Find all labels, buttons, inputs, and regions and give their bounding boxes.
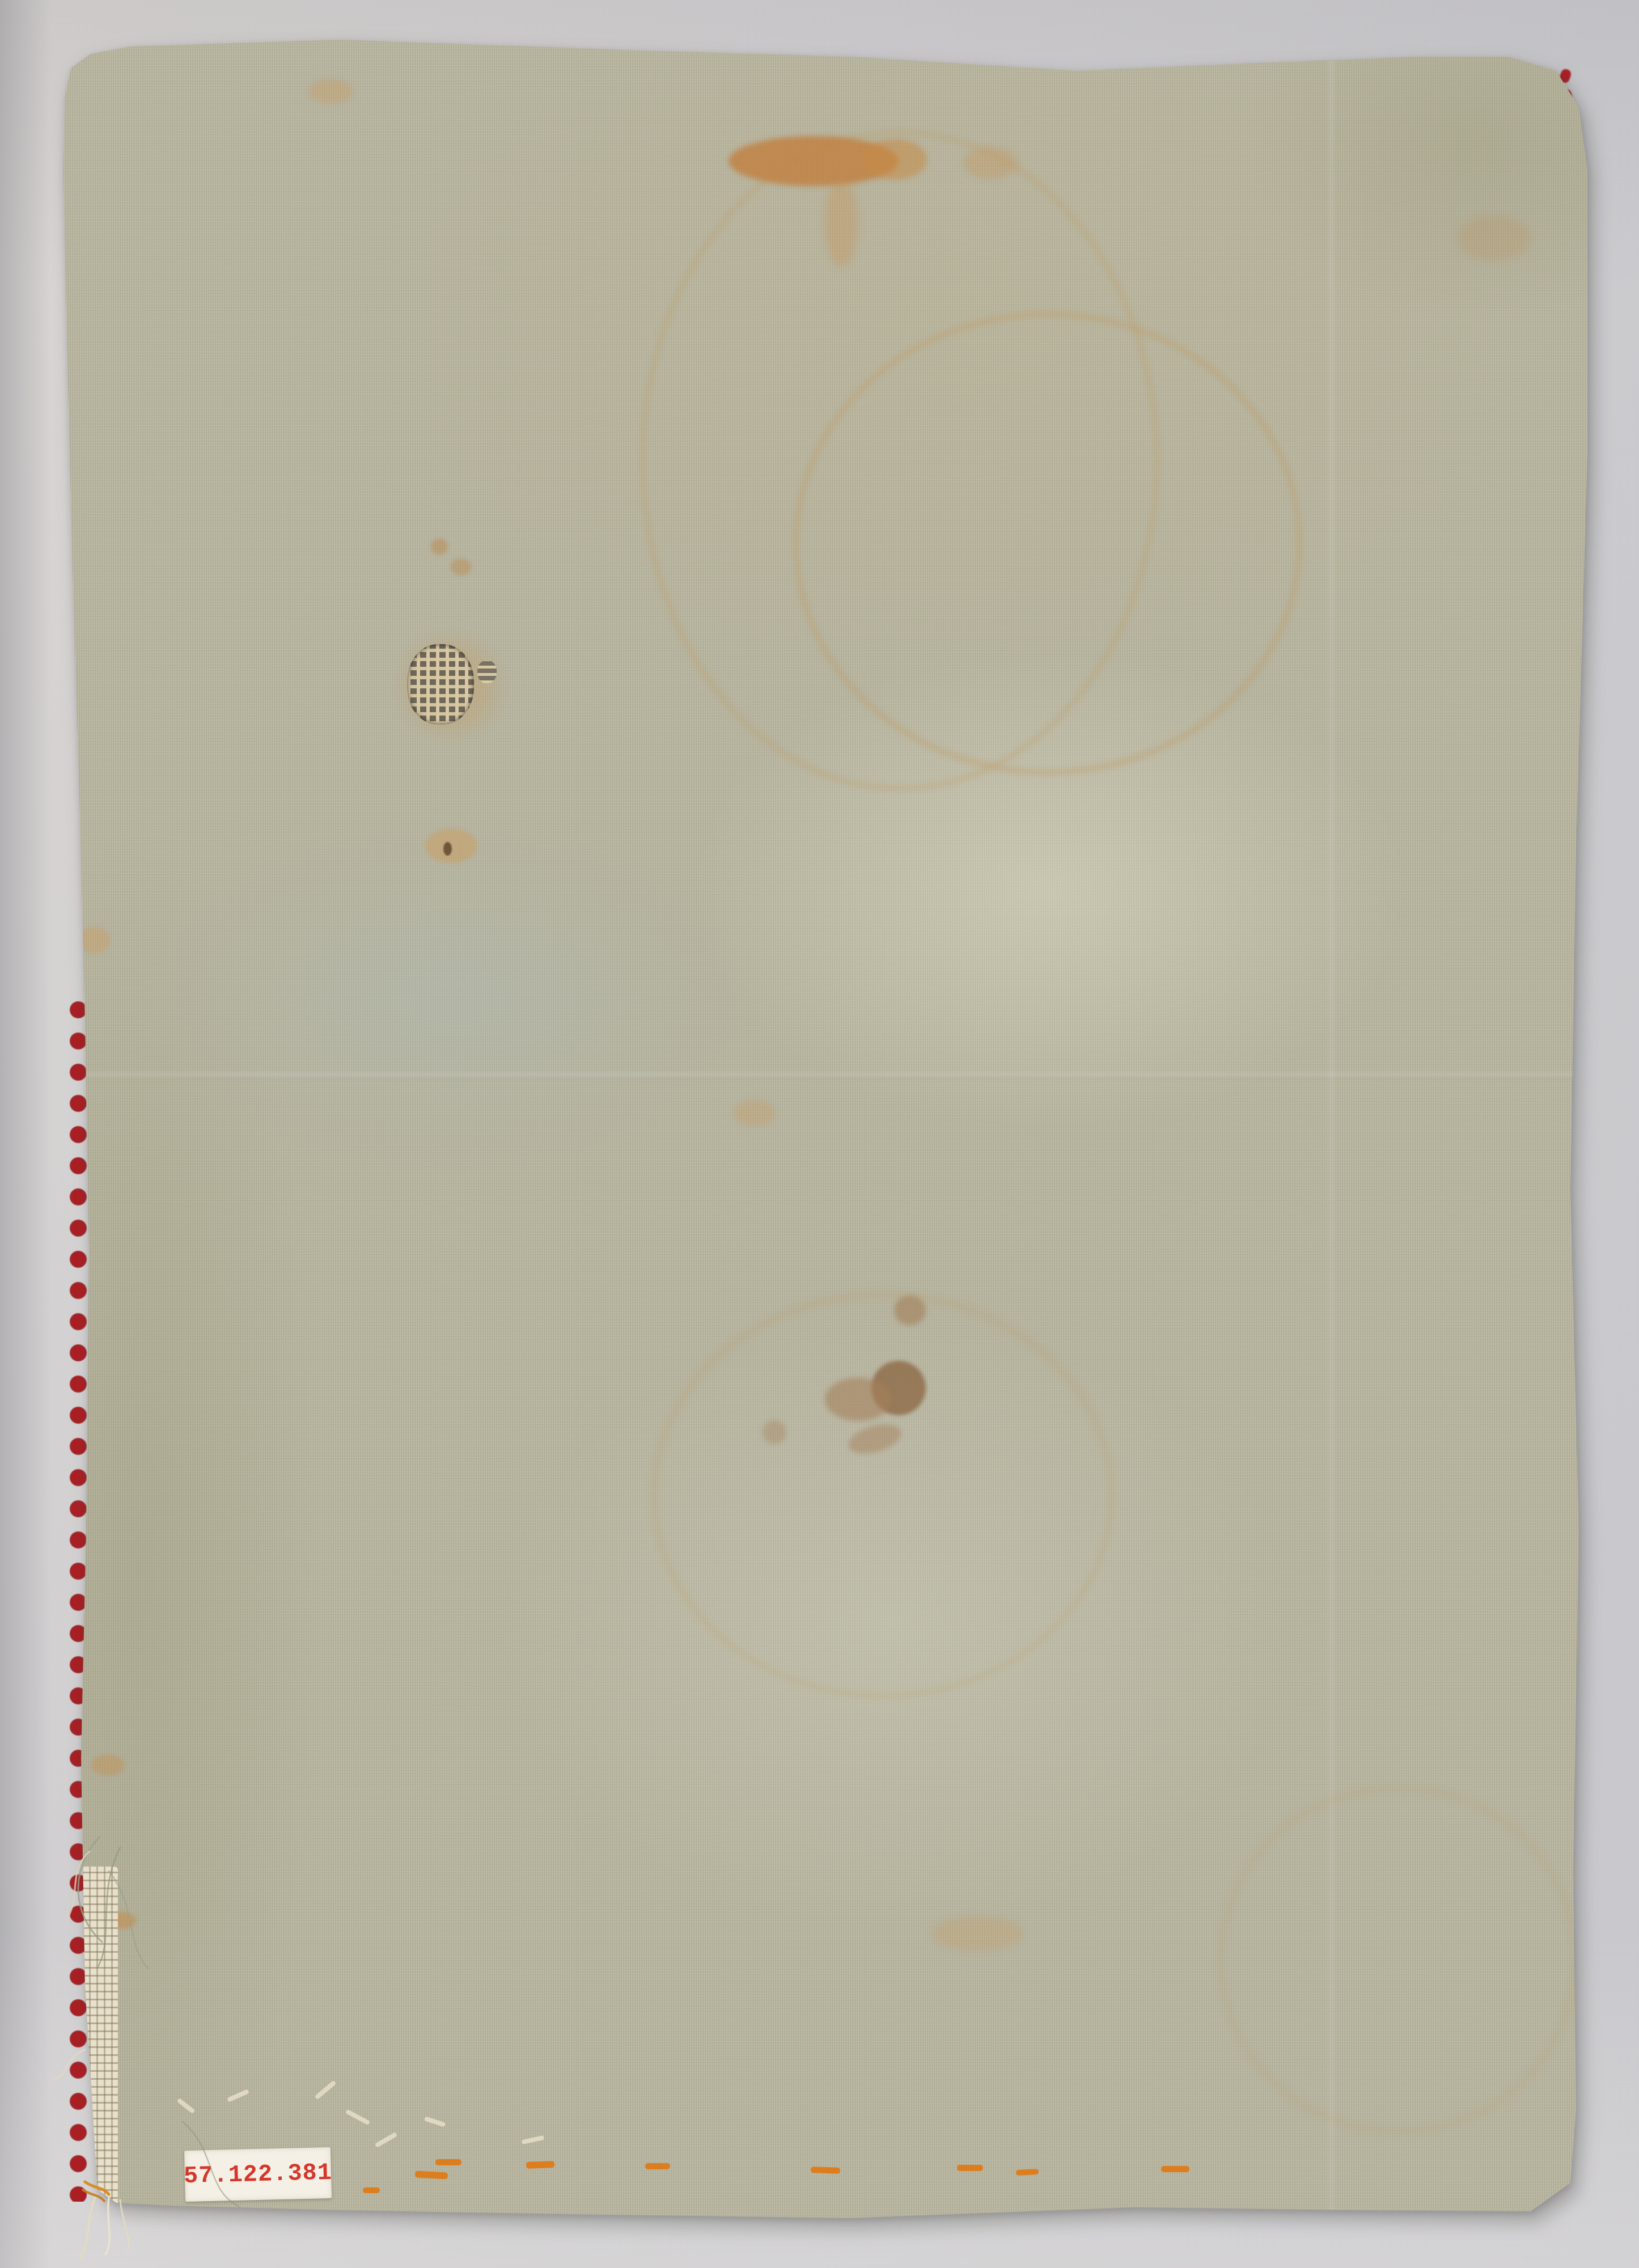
stain-spot (91, 1755, 125, 1775)
basting-stitch-orange (1161, 2166, 1189, 2172)
basting-stitch-orange (1016, 2169, 1039, 2176)
stain-spot (1457, 215, 1531, 261)
basting-stitch-orange (645, 2163, 670, 2169)
tan-stain (964, 147, 1018, 179)
brown-stain (763, 1420, 786, 1444)
basting-stitch-orange (1564, 2193, 1584, 2203)
stain-spot (734, 1100, 775, 1126)
basting-stitch-cream (345, 2109, 370, 2126)
openwork-edge-band (82, 1867, 118, 2207)
rust-stain (825, 179, 858, 266)
water-stain-ring (794, 312, 1302, 775)
museum-photo: { "accession_label": { "text": "57.122.3… (0, 0, 1639, 2268)
basting-stitch-orange (957, 2165, 983, 2171)
darned-hole-notch (477, 661, 497, 683)
water-stain-ring (652, 1293, 1113, 1698)
basting-stitch-orange (415, 2170, 448, 2179)
basting-stitch-cream (522, 2135, 545, 2144)
stain-spot (78, 927, 110, 953)
brown-stain (825, 1378, 892, 1421)
textile-fabric: 57.122.381 (57, 40, 1593, 2228)
textile-fabric-wrapper: 57.122.381 (0, 0, 1639, 2268)
basting-stitch-cream (424, 2116, 446, 2127)
stain-spot (933, 1916, 1023, 1950)
stain-spot (431, 539, 448, 555)
basting-stitch-orange (811, 2167, 840, 2174)
accession-number-text: 57.122.381 (183, 2159, 332, 2190)
darned-hole (407, 644, 474, 725)
basting-stitch-orange (363, 2187, 380, 2193)
basting-stitch-cream (227, 2089, 249, 2102)
accession-label: 57.122.381 (184, 2147, 332, 2202)
horizontal-fold-crease (57, 1073, 1593, 1078)
stain-spot (451, 558, 471, 576)
basting-stitch-orange (435, 2159, 461, 2165)
water-stain-ring (1219, 1786, 1577, 2133)
stain-dark-fleck (443, 842, 452, 856)
basting-stitch-cream (176, 2098, 195, 2114)
basting-stitch-cream (375, 2132, 397, 2148)
rust-stain (862, 139, 927, 180)
basting-stitch-orange (526, 2161, 554, 2169)
basting-stitch-cream (315, 2080, 337, 2100)
brown-stain (894, 1296, 926, 1325)
stain-spot (309, 79, 353, 103)
